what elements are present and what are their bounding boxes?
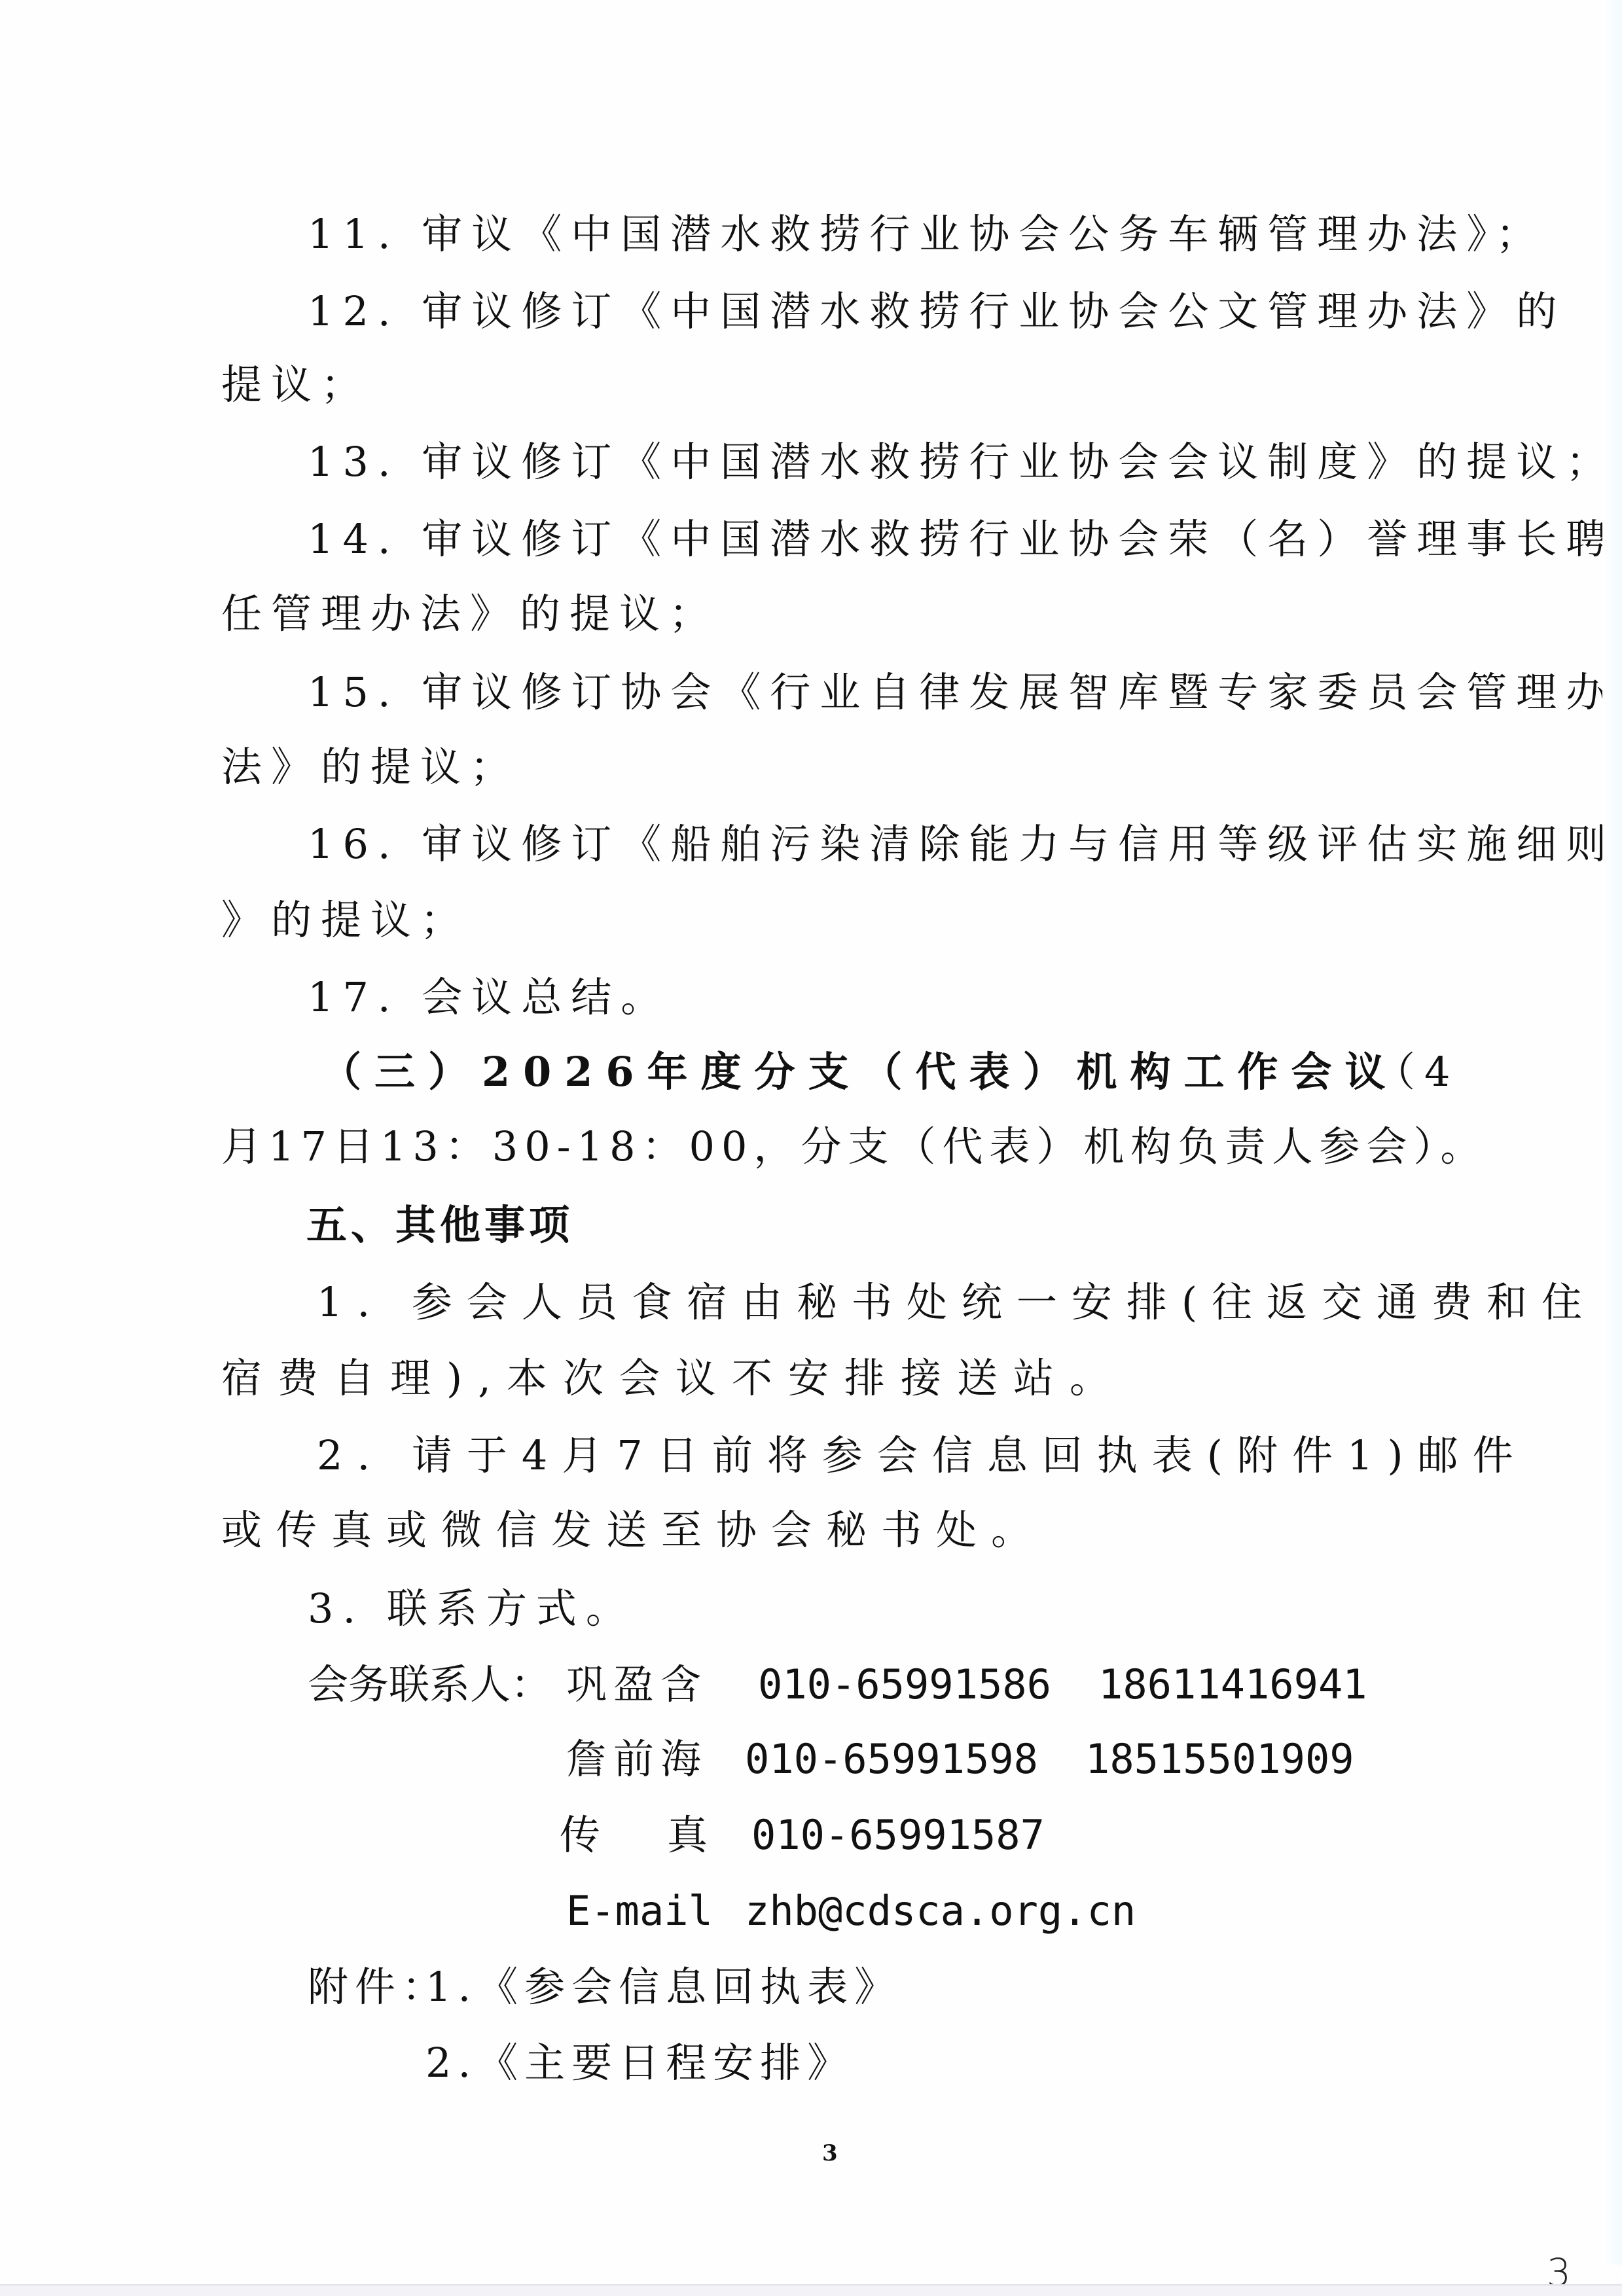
email-address: zhb@cdsca.org.cn [745,1885,1136,1937]
agenda-item-11: 11. 审议《中国潜水救捞行业协会公务车辆管理办法》； [308,208,1545,260]
attachment-2: 2.《主要日程安排》 [425,2037,854,2089]
agenda-item-15-line1: 15. 审议修订协会《行业自律发展智库暨专家委员会管理办 [308,666,1615,719]
other-item-1-line2: 宿费自理),本次会议不安排接送站。 [221,1352,1126,1405]
other-item-1-line1: 1. 参会人员食宿由秘书处统一安排(往返交通费和住 [317,1276,1596,1329]
fax-number: 010-65991587 [751,1809,1045,1861]
agenda-item-12-line2: 提议； [221,359,370,411]
other-item-3: 3. 联系方式。 [308,1583,636,1635]
agenda-item-16-line2: 》的提议； [221,894,470,946]
contact-phone: 010-65991586 [758,1659,1051,1711]
document-page: 11. 审议《中国潜水救捞行业协会公务车辆管理办法》； 12. 审议修订《中国潜… [0,0,1622,2296]
agenda-item-12-line1: 12. 审议修订《中国潜水救捞行业协会公文管理办法》的 [308,285,1566,338]
contact-row-1: 会务联系人： 巩盈含 010-65991586 18611416941 [308,1659,1420,1711]
session-three-detail-start: （4 [1375,1046,1459,1098]
contact-name: 詹前海 [566,1733,708,1785]
agenda-item-13: 13. 审议修订《中国潜水救捞行业协会会议制度》的提议； [308,436,1615,488]
contact-mobile: 18611416941 [1098,1659,1367,1711]
other-item-2-line2: 或传真或微信发送至协会秘书处。 [221,1504,1046,1556]
agenda-item-17: 17. 会议总结。 [308,971,670,1024]
scan-edge-bottom [0,2284,1622,2296]
agenda-item-16-line1: 16. 审议修订《船舶污染清除能力与信用等级评估实施细则 [308,818,1615,870]
fax-label: 传 真 [560,1809,721,1861]
other-item-2-line1: 2. 请于4月7日前将参会信息回执表(附件1)邮件 [317,1429,1528,1482]
contact-row-email: E-mail zhb@cdsca.org.cn [308,1885,1420,1937]
session-three-title: （三）2026年度分支（代表）机构工作会议 [321,1046,1399,1098]
attachment-1: 1.《参会信息回执表》 [425,1961,901,2013]
contact-name: 巩盈含 [566,1659,708,1711]
session-three-detail: 月17日13：30-18：00，分支（代表）机构负责人参会）。 [221,1121,1487,1173]
scan-edge-right [1602,0,1622,2265]
agenda-item-15-line2: 法》的提议； [221,741,520,793]
agenda-item-14-line1: 14. 审议修订《中国潜水救捞行业协会荣（名）誉理事长聘 [308,513,1615,565]
contact-row-fax: 传 真 010-65991587 [308,1809,1420,1861]
contact-row-2: 詹前海 010-65991598 18515501909 [308,1733,1420,1785]
contact-label: 会务联系人： [308,1659,551,1711]
contact-phone: 010-65991598 [745,1733,1038,1785]
contact-mobile: 18515501909 [1085,1733,1354,1785]
email-label: E-mail [566,1885,713,1937]
page-number: 3 [822,2140,838,2166]
agenda-item-14-line2: 任管理办法》的提议； [221,588,719,640]
section-five-heading: 五、其他事项 [306,1199,573,1251]
